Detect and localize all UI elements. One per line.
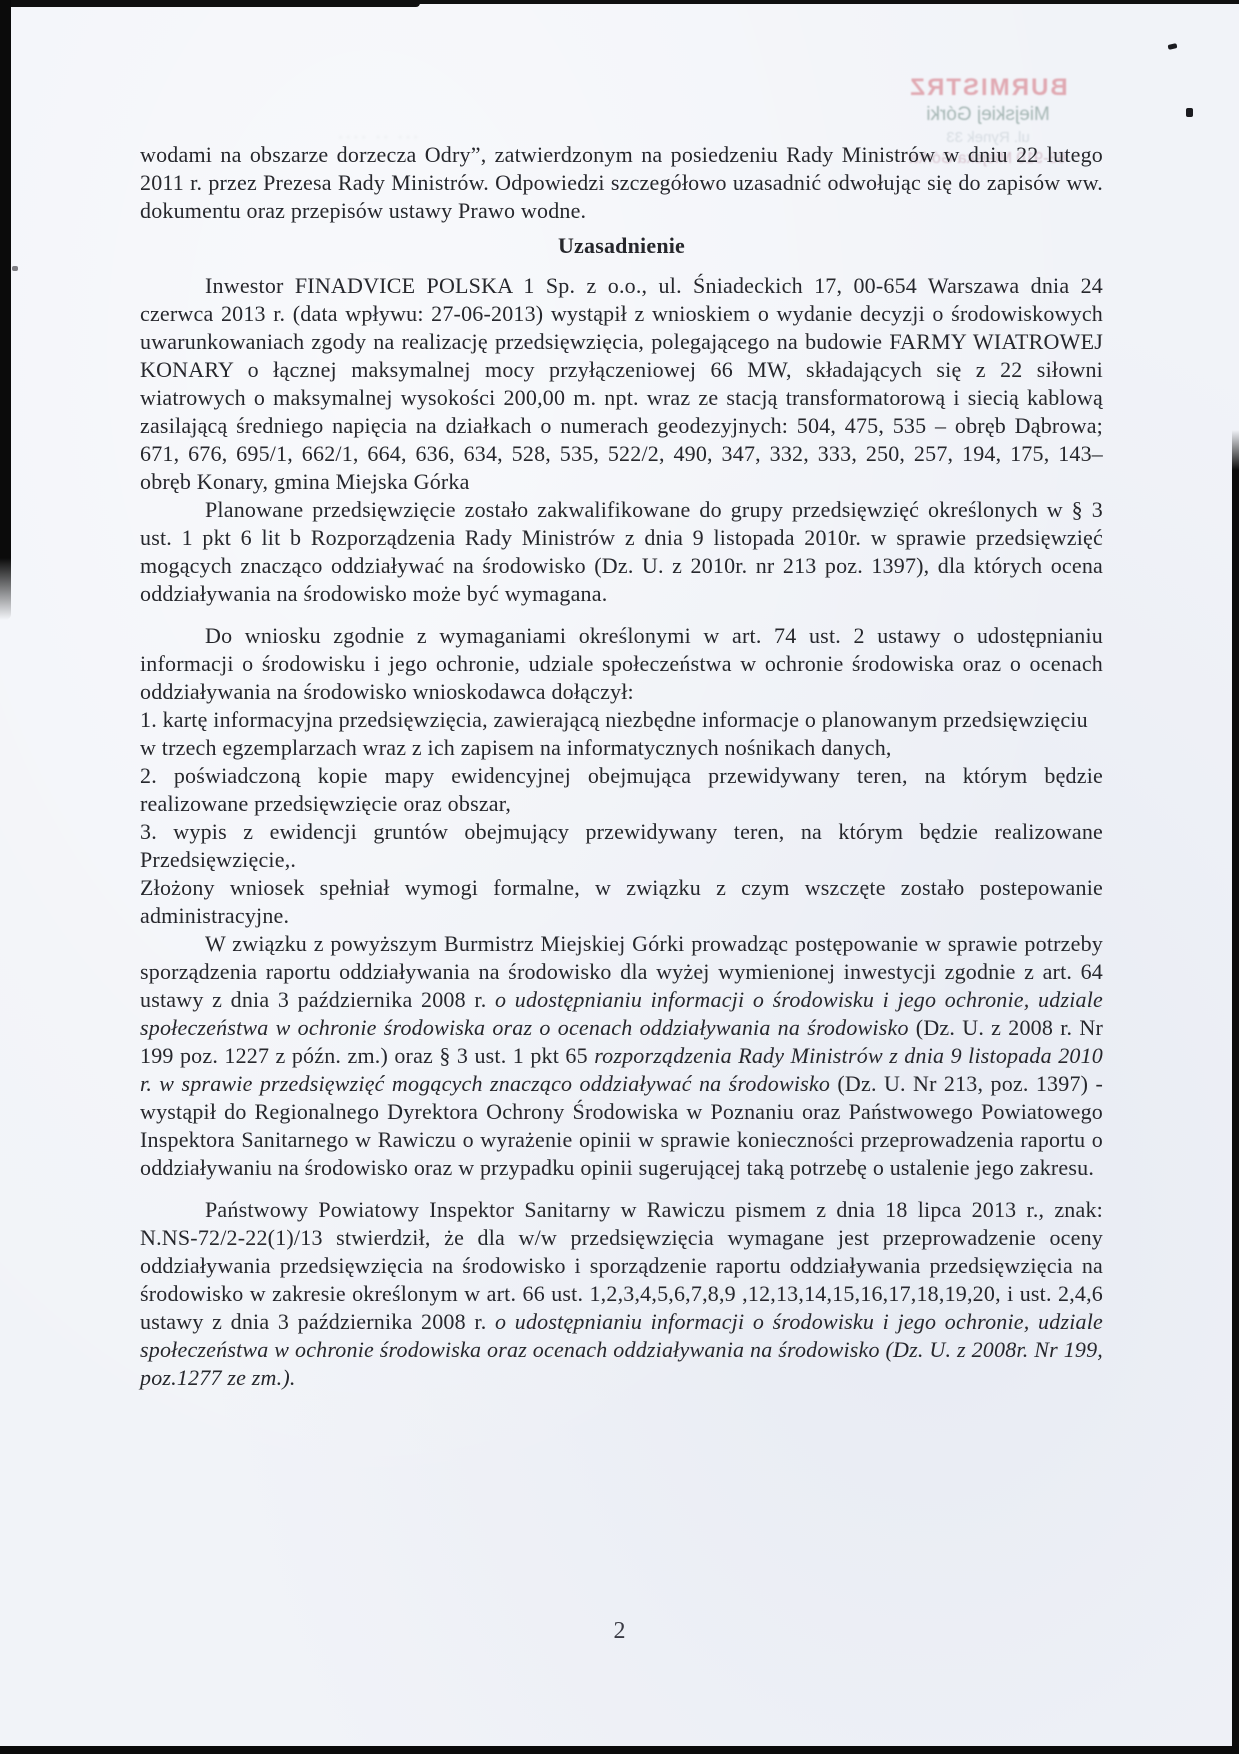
text-segment: 1. kartę informacyjna przedsięwzięcia, z… — [140, 707, 1088, 760]
scan-edge-top-left — [0, 0, 420, 7]
scan-speck — [1186, 108, 1193, 117]
text-segment: Uzasadnienie — [558, 233, 685, 258]
paper-background: BURMISTRZ Miejskiej Górki ul. Rynek 33 6… — [0, 0, 1239, 1754]
sanitary-inspector-paragraph: Państwowy Powiatowy Inspektor Sanitarny … — [140, 1196, 1103, 1392]
formal-check-paragraph: Złożony wniosek spełniał wymogi formalne… — [140, 874, 1103, 930]
intro-paragraph: wodami na obszarze dorzecza Odry”, zatwi… — [140, 141, 1103, 225]
qualification-paragraph: Planowane przedsięwzięcie zostało zakwal… — [140, 496, 1103, 608]
stamp-line-burmistrz: BURMISTRZ — [868, 74, 1108, 102]
attachments-intro: Do wniosku zgodnie z wymaganiami określo… — [140, 622, 1103, 706]
attachment-item-1: 1. kartę informacyjna przedsięwzięcia, z… — [140, 706, 1103, 762]
document-body: wodami na obszarze dorzecza Odry”, zatwi… — [140, 141, 1103, 1392]
text-segment: 3. wypis z ewidencji gruntów obejmujący … — [140, 819, 1103, 872]
investor-paragraph: Inwestor FINADVICE POLSKA 1 Sp. z o.o., … — [140, 272, 1103, 496]
text-segment: 2. poświadczoną kopie mapy ewidencyjnej … — [140, 763, 1103, 816]
text-segment: Planowane przedsięwzięcie zostało zakwal… — [140, 497, 1103, 606]
scan-edge-left — [0, 0, 11, 620]
scan-edge-right — [1232, 430, 1239, 1754]
attachment-item-2: 2. poświadczoną kopie mapy ewidencyjnej … — [140, 762, 1103, 818]
stamp-line-town: Miejskiej Górki — [868, 104, 1108, 126]
scanned-document-page: { "page": { "number": "2" }, "stamp_blee… — [0, 0, 1239, 1754]
text-segment: Złożony wniosek spełniał wymogi formalne… — [140, 875, 1103, 928]
scan-speck — [12, 266, 18, 271]
text-segment: Inwestor FINADVICE POLSKA 1 Sp. z o.o., … — [140, 273, 1103, 494]
attachment-item-3: 3. wypis z ewidencji gruntów obejmujący … — [140, 818, 1103, 874]
text-segment: Do wniosku zgodnie z wymaganiami określo… — [140, 623, 1103, 704]
text-segment: wodami na obszarze dorzecza Odry”, zatwi… — [140, 142, 1103, 223]
scan-edge-bottom — [0, 1746, 1239, 1754]
section-heading: Uzasadnienie — [140, 232, 1103, 260]
scan-speck — [1168, 43, 1178, 50]
opinion-request-paragraph: W związku z powyższym Burmistrz Miejskie… — [140, 930, 1103, 1182]
page-number: 2 — [0, 1618, 1239, 1645]
